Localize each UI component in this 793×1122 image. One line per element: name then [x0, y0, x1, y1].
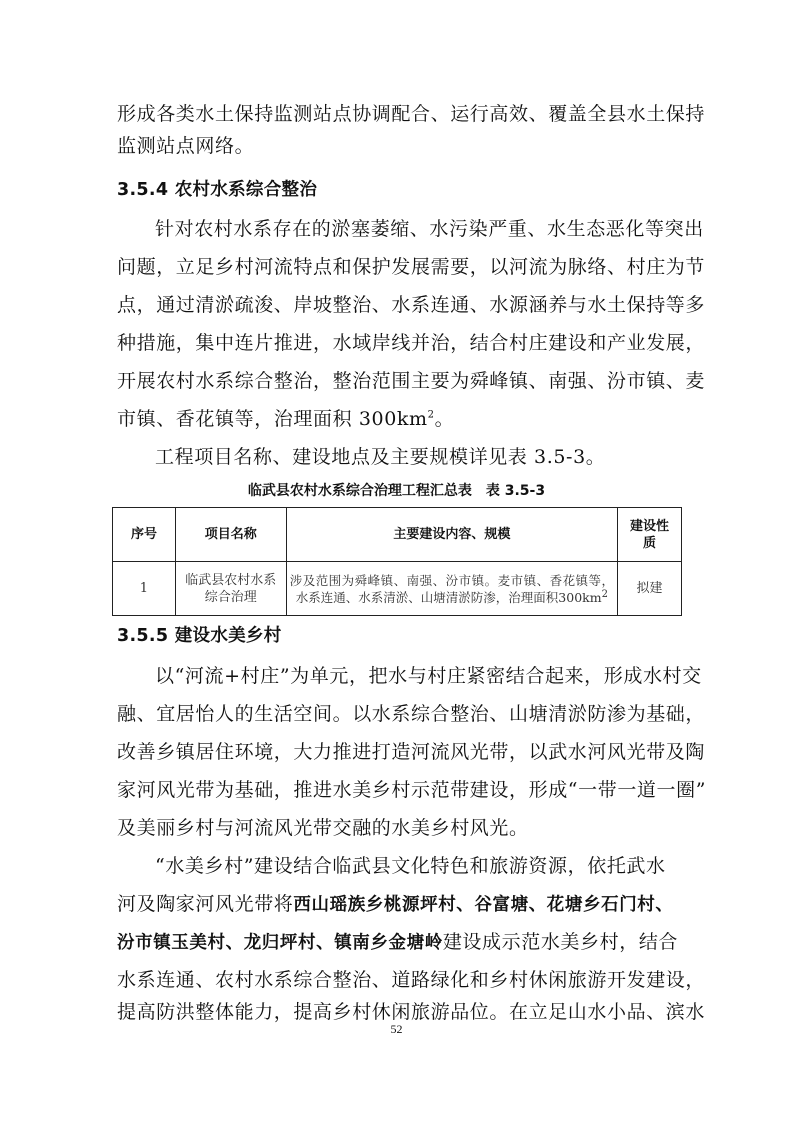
header-content: 主要建设内容、规模 [286, 508, 617, 562]
paragraph-line: 针对农村水系存在的淤塞萎缩、水污染严重、水生态恶化等突出 [155, 217, 682, 241]
paragraph-line: 家河风光带为基础，推进水美乡村示范带建设，形成“一带一道一圈” [117, 778, 682, 802]
cell-name: 临武县农村水系综合治理 [175, 562, 286, 616]
header-no: 序号 [113, 508, 176, 562]
paragraph-line: 点，通过清淤疏浚、岸坡整治、水系连通、水源涵养与水土保持等多 [117, 293, 682, 317]
text: 河及陶家河风光带将 [117, 893, 293, 915]
paragraph-line: 监测站点网络。 [117, 134, 682, 158]
table-row: 1 临武县农村水系综合治理 涉及范围为舜峰镇、南强、汾市镇。麦市镇、香花镇等，水… [113, 562, 682, 616]
paragraph-line: 以“河流+村庄”为单元，把水与村庄紧密结合起来，形成水村交 [155, 664, 682, 688]
section-heading-3-5-4: 3.5.4 农村水系综合整治 [117, 178, 682, 202]
paragraph-line: 问题，立足乡村河流特点和保护发展需要，以河流为脉络、村庄为节 [117, 255, 682, 279]
paragraph-line: 汾市镇玉美村、龙归坪村、镇南乡金塘岭建设成示范水美乡村，结合 [117, 930, 682, 955]
text: 建设成示范水美乡村，结合 [443, 931, 678, 953]
superscript: 2 [602, 588, 608, 599]
header-nature: 建设性质 [618, 508, 682, 562]
bold-village-names: 汾市镇玉美村、龙归坪村、镇南乡金塘岭 [117, 933, 443, 953]
bold-village-names: 西山瑶族乡桃源坪村、谷富塘、花塘乡石门村、 [293, 895, 673, 915]
paragraph-line: 水系连通、农村水系综合整治、道路绿化和乡村休闲旅游开发建设， [117, 968, 682, 992]
paragraph-line: 及美丽乡村与河流风光带交融的水美乡村风光。 [117, 816, 682, 840]
paragraph-line: 工程项目名称、建设地点及主要规模详见表 3.5-3。 [155, 445, 682, 469]
cell-no: 1 [113, 562, 176, 616]
text: 。 [435, 408, 455, 430]
cell-content: 涉及范围为舜峰镇、南强、汾市镇。麦市镇、香花镇等，水系连通、水系清淤、山塘清淤防… [286, 562, 617, 616]
table-header-row: 序号 项目名称 主要建设内容、规模 建设性质 [113, 508, 682, 562]
paragraph-line: 改善乡镇居住环境，大力推进打造河流风光带，以武水河风光带及陶 [117, 740, 682, 764]
paragraph-line: 市镇、香花镇等，治理面积 300km2。 [117, 407, 682, 431]
cell-nature: 拟建 [618, 562, 682, 616]
section-heading-3-5-5: 3.5.5 建设水美乡村 [117, 624, 682, 648]
paragraph-line: 提高防洪整体能力，提高乡村休闲旅游品位。在立足山水小品、滨水 [117, 1000, 682, 1024]
paragraph-line: 河及陶家河风光带将西山瑶族乡桃源坪村、谷富塘、花塘乡石门村、 [117, 892, 682, 917]
paragraph-line: “水美乡村”建设结合临武县文化特色和旅游资源，依托武水 [155, 854, 682, 878]
page-number: 52 [0, 1022, 793, 1037]
superscript: 2 [428, 410, 435, 421]
paragraph-line: 融、宜居怡人的生活空间。以水系综合整治、山塘清淤防渗为基础， [117, 702, 682, 726]
text: 涉及范围为舜峰镇、南强、汾市镇。麦市镇、香花镇等，水系连通、水系清淤、山塘清淤防… [290, 573, 614, 605]
paragraph-line: 形成各类水土保持监测站点协调配合、运行高效、覆盖全县水土保持 [117, 102, 682, 126]
text: 市镇、香花镇等，治理面积 300km [117, 408, 428, 430]
project-summary-table: 序号 项目名称 主要建设内容、规模 建设性质 1 临武县农村水系综合治理 涉及范… [112, 507, 682, 616]
header-name: 项目名称 [175, 508, 286, 562]
paragraph-line: 开展农村水系综合整治，整治范围主要为舜峰镇、南强、汾市镇、麦 [117, 369, 682, 393]
table-caption: 临武县农村水系综合治理工程汇总表 表 3.5-3 [0, 480, 793, 500]
paragraph-line: 种措施，集中连片推进，水域岸线并治，结合村庄建设和产业发展， [117, 331, 682, 355]
